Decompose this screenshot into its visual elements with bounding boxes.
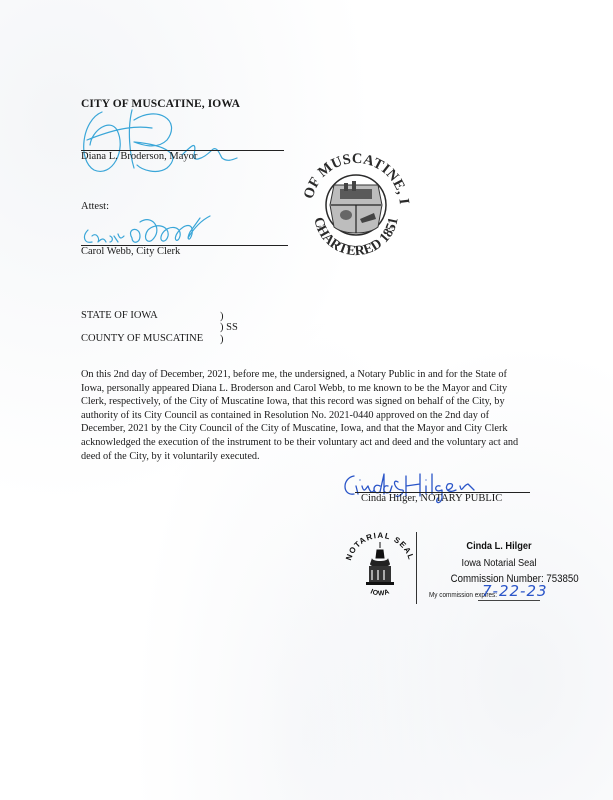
acknowledgment-line: December, 2021 by the City Council of th… bbox=[81, 422, 533, 436]
acknowledgment-line: authority of its City Council as contain… bbox=[81, 409, 533, 423]
venue-bracket-bottom: ) bbox=[220, 334, 224, 345]
acknowledgment-line: Clerk, respectively, of the City of Musc… bbox=[81, 395, 533, 409]
svg-text:*: * bbox=[390, 224, 394, 233]
clerk-name-label: Carol Webb, City Clerk bbox=[81, 246, 180, 257]
svg-text:*: * bbox=[318, 224, 322, 233]
acknowledgment-line: acknowledged the execution of the instru… bbox=[81, 436, 533, 450]
mayor-name-label: Diana L. Broderson, Mayor bbox=[81, 151, 197, 162]
notary-name: Cinda L. Hilger bbox=[451, 538, 548, 555]
svg-text:IOWA: IOWA bbox=[369, 588, 391, 597]
notary-seal-title: Iowa Notarial Seal bbox=[451, 555, 548, 572]
notarial-seal-bottom-text: IOWA bbox=[369, 588, 391, 597]
notary-name-label: Cinda Hilger, NOTARY PUBLIC bbox=[361, 493, 502, 504]
venue-state: STATE OF IOWA bbox=[81, 310, 158, 321]
acknowledgment-line: deed of the City, by it voluntarily exec… bbox=[81, 450, 533, 464]
city-seal: CITY OF MUSCATINE, IOWA CHARTERED 1851 *… bbox=[296, 147, 416, 263]
clerk-signature-ink bbox=[78, 208, 228, 248]
commission-expires-line bbox=[478, 600, 540, 601]
venue-bracket-top: ) bbox=[220, 311, 224, 322]
commission-expires-date: 7-22-23 bbox=[482, 582, 548, 600]
acknowledgment-line: Iowa, personally appeared Diana L. Brode… bbox=[81, 382, 533, 396]
venue-county: COUNTY OF MUSCATINE bbox=[81, 333, 203, 344]
mayor-signature-ink bbox=[72, 100, 272, 180]
acknowledgment-paragraph: On this 2nd day of December, 2021, befor… bbox=[81, 368, 533, 463]
acknowledgment-line: On this 2nd day of December, 2021, befor… bbox=[81, 368, 533, 382]
notarial-seal-divider bbox=[416, 532, 417, 604]
venue-ss: ) SS bbox=[220, 322, 238, 333]
notarial-seal: NOTARIAL SEAL IOWA bbox=[344, 528, 416, 604]
notarial-seal-details: Cinda L. Hilger Iowa Notarial Seal Commi… bbox=[444, 538, 554, 588]
